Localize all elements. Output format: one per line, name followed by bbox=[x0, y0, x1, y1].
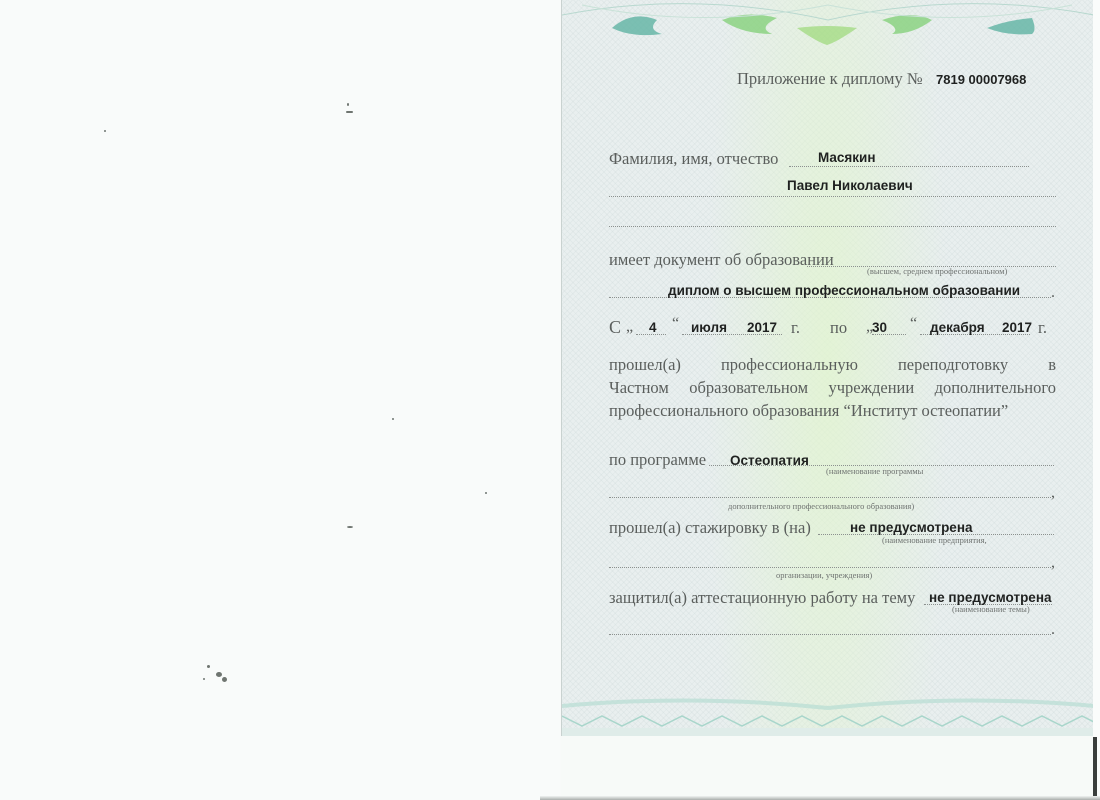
period-to-year: 2017 bbox=[1002, 320, 1032, 335]
internship-value: не предусмотрена bbox=[850, 520, 972, 535]
page-bottom-margin bbox=[561, 736, 1093, 800]
dotted-line bbox=[609, 497, 1051, 498]
program-label: по программе bbox=[609, 450, 706, 470]
period-from-year: 2017 bbox=[747, 320, 777, 335]
comma-mark: , bbox=[1051, 554, 1055, 572]
paragraph-word: профессиональную bbox=[721, 355, 858, 375]
name-patronymic-value: Павел Николаевич bbox=[787, 178, 913, 193]
period-from-day: 4 bbox=[649, 320, 657, 335]
dotted-line bbox=[609, 634, 1051, 635]
paragraph-word: прошел(а) bbox=[609, 355, 681, 375]
scan-speck bbox=[392, 418, 394, 420]
scan-speck bbox=[216, 672, 222, 677]
full-name-label: Фамилия, имя, отчество bbox=[609, 149, 778, 169]
internship-hint-1: (наименование предприятия, bbox=[882, 535, 987, 545]
paragraph-word: в bbox=[1048, 355, 1056, 375]
program-hint-1: (наименование программы bbox=[826, 466, 923, 476]
period-mark: . bbox=[1051, 284, 1055, 302]
scan-speck bbox=[207, 665, 210, 668]
surname-value: Масякин bbox=[818, 150, 876, 165]
scan-bottom-shadow bbox=[540, 796, 1100, 800]
paragraph-word: Частном bbox=[609, 378, 669, 398]
year-suffix: г. bbox=[791, 318, 800, 338]
open-quote: „ bbox=[626, 318, 633, 336]
year-suffix: г. bbox=[1038, 318, 1047, 338]
scan-speck bbox=[222, 677, 227, 682]
blank-left-page bbox=[0, 0, 560, 800]
comma-mark: , bbox=[1051, 484, 1055, 502]
scan-speck bbox=[347, 103, 349, 106]
guilloche-ornament-bottom bbox=[562, 686, 1093, 736]
scan-speck bbox=[346, 111, 353, 113]
thesis-hint: (наименование темы) bbox=[952, 604, 1030, 614]
scan-speck bbox=[347, 526, 353, 528]
education-doc-value: диплом о высшем профессиональном образов… bbox=[664, 283, 1024, 298]
paragraph-word: дополнительного bbox=[935, 378, 1056, 398]
period-to-month: декабря bbox=[930, 320, 985, 335]
scan-edge-shadow bbox=[1093, 737, 1097, 800]
internship-label: прошел(а) стажировку в (на) bbox=[609, 518, 811, 538]
paragraph-line-1: прошел(а) профессиональную переподготовк… bbox=[609, 355, 1056, 375]
close-quote: “ bbox=[672, 315, 679, 333]
scan-speck bbox=[485, 492, 487, 494]
paragraph-word: учреждении bbox=[828, 378, 914, 398]
close-quote: “ bbox=[910, 315, 917, 333]
scan-edge bbox=[1093, 0, 1100, 800]
scan-speck bbox=[104, 130, 106, 132]
period-from-prefix: С bbox=[609, 317, 621, 338]
dotted-line bbox=[609, 226, 1056, 227]
period-to-word: по bbox=[830, 318, 847, 338]
guilloche-ornament-top bbox=[562, 0, 1093, 60]
program-value: Остеопатия bbox=[730, 453, 809, 468]
paragraph-line-3: профессионального образования “Институт … bbox=[609, 401, 1008, 421]
program-hint-2: дополнительного профессионального образо… bbox=[728, 501, 914, 511]
dotted-line bbox=[789, 166, 1029, 167]
period-mark: . bbox=[1051, 621, 1055, 639]
period-from-month: июля bbox=[691, 320, 727, 335]
internship-hint-2: организации, учреждения) bbox=[776, 570, 872, 580]
supplement-title: Приложение к диплому № bbox=[737, 69, 923, 89]
education-doc-hint: (высшем, среднем профессиональном) bbox=[867, 266, 1007, 276]
dotted-line bbox=[609, 567, 1051, 568]
scan-speck bbox=[203, 678, 205, 680]
period-to-day: 30 bbox=[872, 320, 887, 335]
paragraph-word: образовательном bbox=[689, 378, 808, 398]
education-doc-label: имеет документ об образовании bbox=[609, 250, 834, 270]
diploma-supplement-page: Приложение к диплому № 7819 00007968 Фам… bbox=[561, 0, 1093, 736]
paragraph-word: переподготовку bbox=[898, 355, 1008, 375]
dotted-line bbox=[609, 196, 1056, 197]
diploma-number: 7819 00007968 bbox=[936, 72, 1026, 87]
paragraph-line-2: Частном образовательном учреждении допол… bbox=[609, 378, 1056, 398]
thesis-value: не предусмотрена bbox=[929, 590, 1051, 605]
thesis-label: защитил(а) аттестационную работу на тему bbox=[609, 588, 915, 608]
